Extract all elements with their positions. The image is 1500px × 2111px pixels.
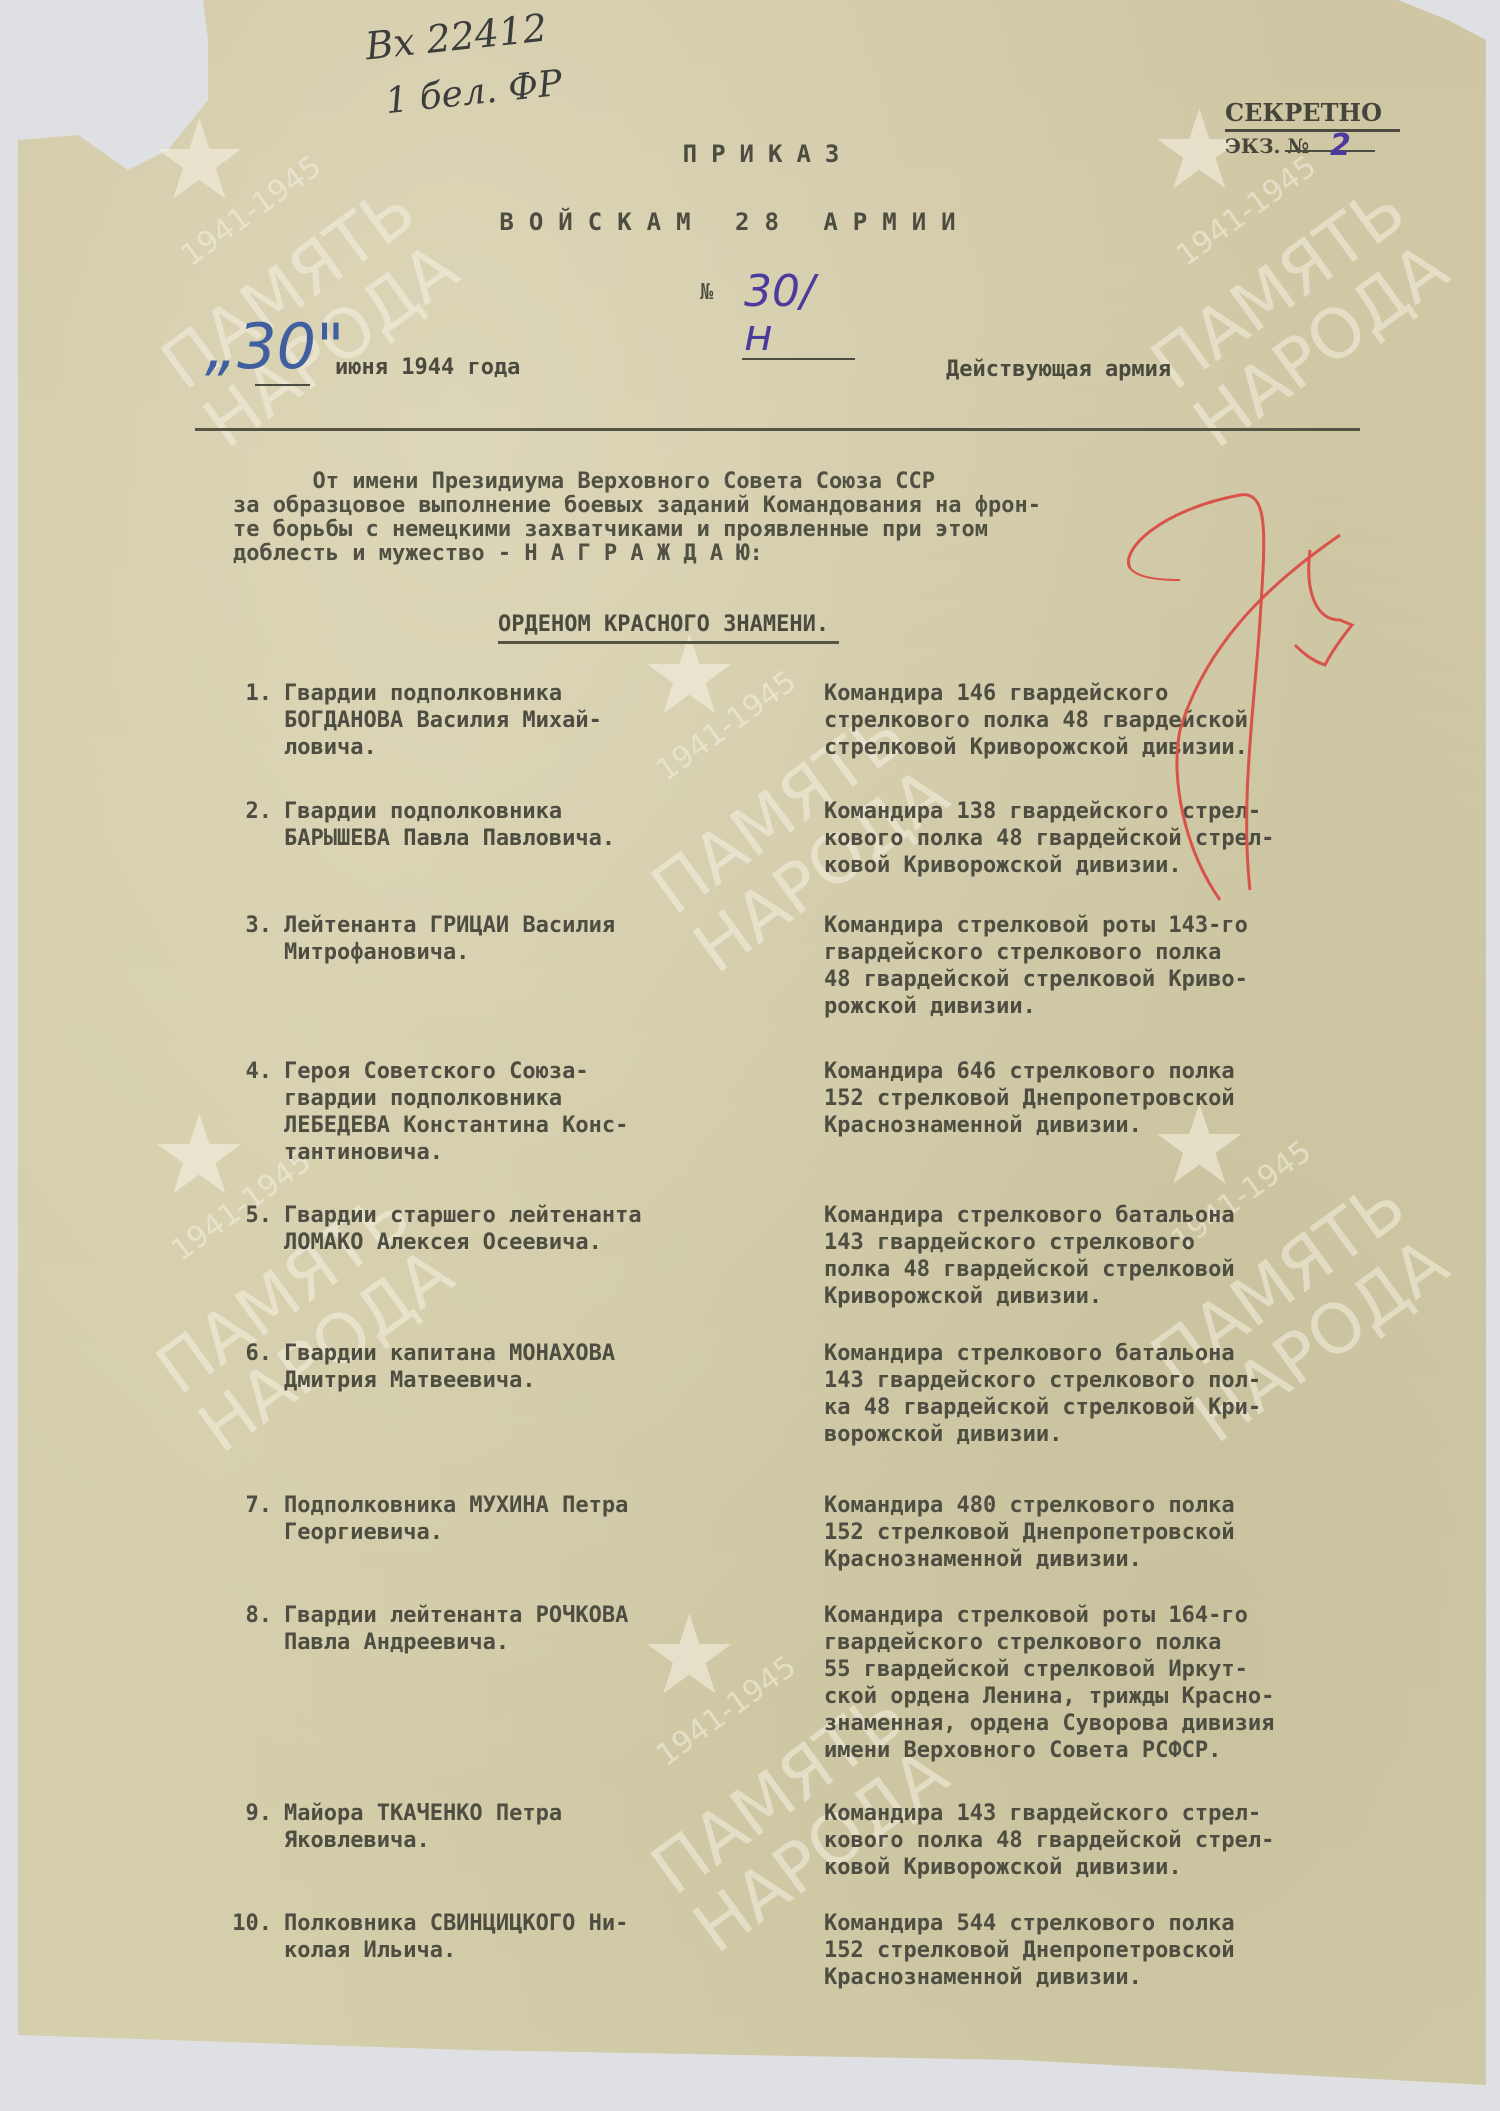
date-underline	[255, 384, 310, 386]
watermark-star-icon: ★	[150, 1100, 249, 1210]
document-subtitle: ВОЙСКАМ 28 АРМИИ	[0, 208, 1485, 236]
order-number: № 30/н	[700, 280, 713, 305]
date-month-year: июня 1944 года	[335, 355, 520, 380]
classification-label: СЕКРЕТНО	[1225, 98, 1400, 132]
date-day: „30"	[205, 310, 345, 383]
header-divider	[195, 428, 1360, 431]
preamble: От имени Президиума Верховного Совета Со…	[233, 470, 1393, 566]
order-number-label: №	[700, 280, 713, 305]
award-heading: ОРДЕНОМ КРАСНОГО ЗНАМЕНИ.	[498, 612, 839, 644]
place: Действующая армия	[946, 357, 1171, 382]
document-title: ПРИКАЗ	[18, 140, 1500, 168]
order-number-value: 30/н	[742, 270, 855, 360]
